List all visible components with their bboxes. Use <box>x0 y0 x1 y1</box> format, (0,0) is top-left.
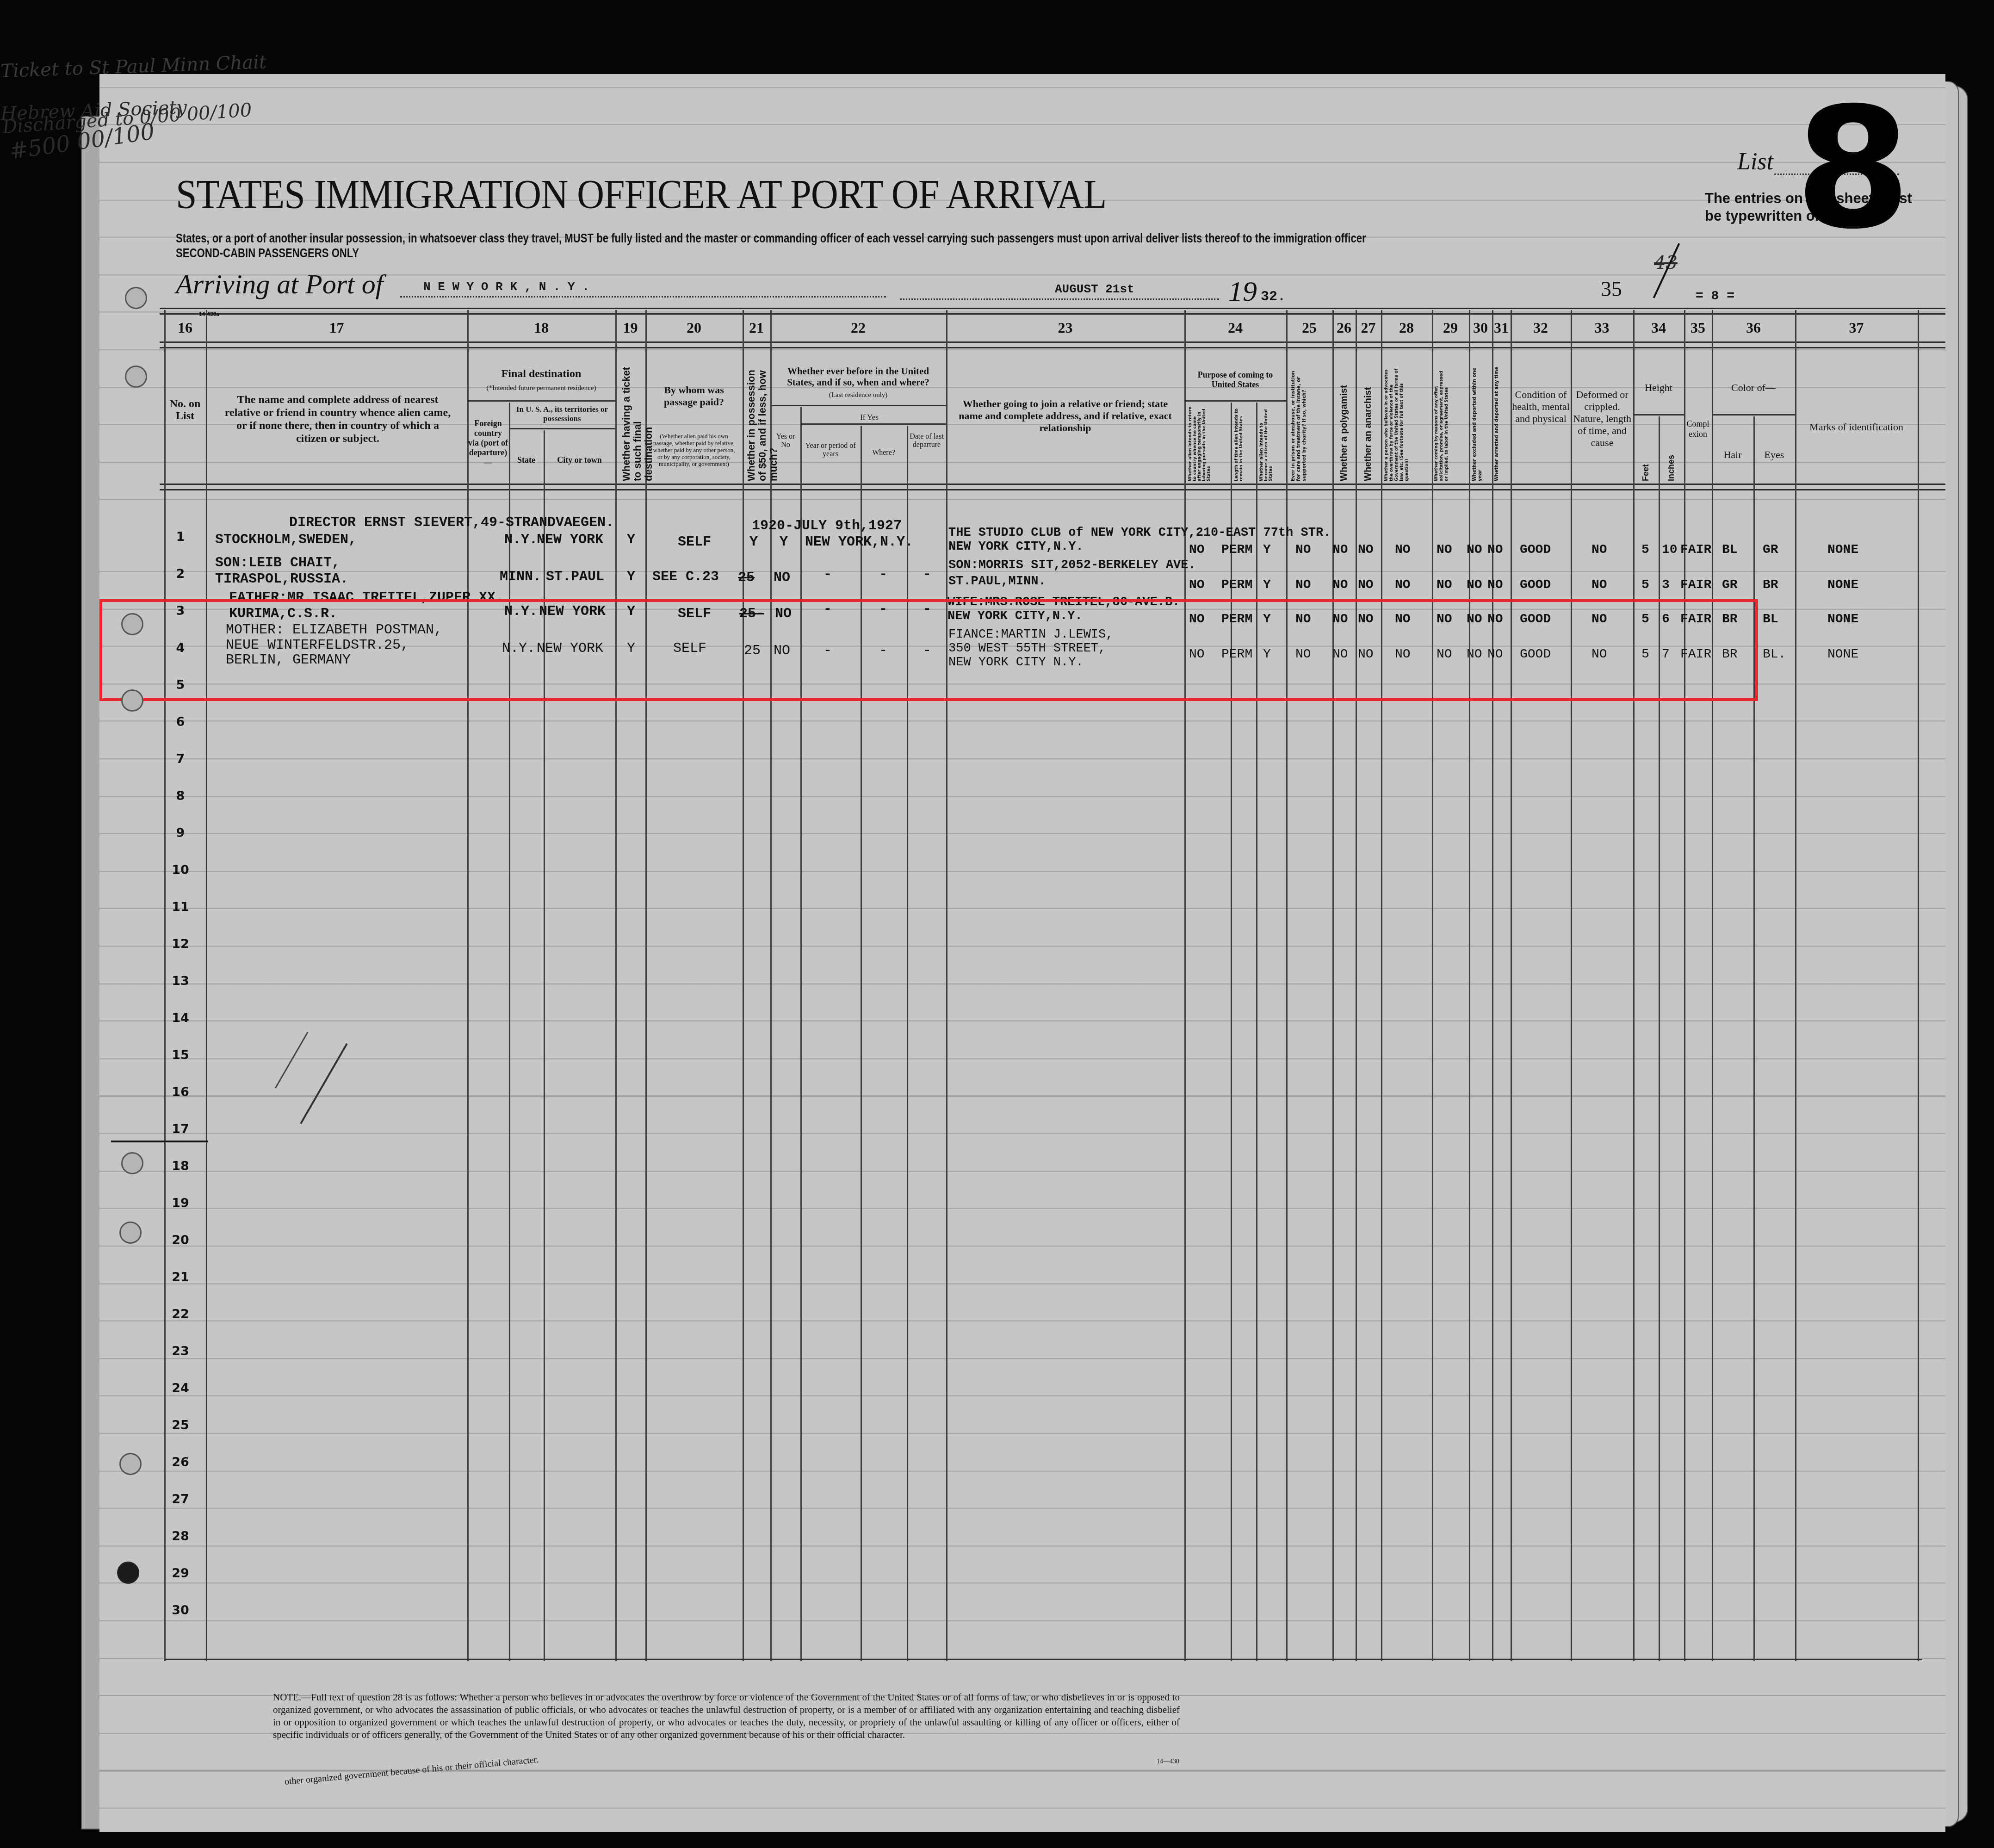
header-overthrow: Whether a person who believes in or advo… <box>1384 366 1410 481</box>
margin-line-mark <box>111 1141 208 1142</box>
header-excluded-deported: Whether excluded and deported within one… <box>1472 366 1483 481</box>
row-number: 30 <box>162 1603 199 1618</box>
row-number: 8 <box>162 789 199 803</box>
row1-state: N.Y. <box>504 532 538 548</box>
col-number-30: 30 <box>1469 319 1492 336</box>
row2-purpose-citizen: Y <box>1263 577 1271 593</box>
header-health: Condition of health, mental and physical <box>1512 389 1570 425</box>
header-going-to-join: Whether going to join a relative or frie… <box>958 398 1173 434</box>
col-number-22: 22 <box>770 319 946 336</box>
table-bottom-rule <box>164 1659 1922 1660</box>
header-complexion: Complexion <box>1685 419 1711 439</box>
row2-before-years: - <box>824 567 832 583</box>
col-rule <box>645 310 647 1661</box>
row2-c25: NO <box>1295 577 1311 593</box>
col-number-18: 18 <box>467 319 615 336</box>
row-number: 24 <box>162 1381 199 1395</box>
arrival-date: AUGUST 21st <box>1055 282 1134 296</box>
row-number: 16 <box>162 1085 199 1099</box>
punch-hole <box>119 1222 142 1244</box>
col-number-28: 28 <box>1381 319 1432 336</box>
page-title: STATES IMMIGRATION OFFICER AT PORT OF AR… <box>176 171 1106 218</box>
row2-before-date: - <box>923 567 931 583</box>
row3-eyes: BL <box>1763 612 1778 627</box>
header-marks: Marks of identification <box>1795 421 1918 433</box>
row1-deformed: NO <box>1591 542 1607 558</box>
header-labor-offer: Whether coming by reasons of any offer, … <box>1434 366 1449 481</box>
row-number: 25 <box>162 1418 199 1433</box>
row1-feet: 5 <box>1641 542 1649 558</box>
col-number-20: 20 <box>645 319 743 336</box>
col-rule <box>1286 310 1288 1661</box>
row1-inches: 10 <box>1662 542 1678 558</box>
header-date-last-departure: Date of last departure <box>908 433 946 449</box>
row-number: 23 <box>162 1344 199 1358</box>
header-anarchist: Whether an anarchist <box>1362 366 1374 481</box>
col34-subrule <box>1633 414 1684 415</box>
col-rule <box>1381 310 1382 1661</box>
header-last-residence: (Last residence only) <box>773 391 944 399</box>
list-number-handwritten: 8 <box>1795 86 1911 252</box>
col-rule <box>1184 310 1186 1661</box>
header-height: Height <box>1633 382 1684 394</box>
header-purpose-citizen: Whether alien intends to become a citize… <box>1259 405 1273 481</box>
row2-c31: NO <box>1487 577 1503 593</box>
col-rule <box>1712 310 1713 1661</box>
row1-marks: NONE <box>1827 542 1858 558</box>
row1-hair: BL <box>1722 542 1738 558</box>
col-rule <box>743 310 744 1661</box>
row-number: 1 <box>162 530 199 544</box>
row1-c25: NO <box>1295 542 1311 558</box>
header-if-yes: If Yes— <box>800 413 946 422</box>
col-rule <box>1432 310 1433 1661</box>
row1-before-yesno: Y <box>780 534 788 550</box>
row-number: 21 <box>162 1270 199 1284</box>
header-bottom-rule <box>160 484 1945 490</box>
col-rule <box>1256 403 1257 1661</box>
col-number-24: 24 <box>1184 319 1286 336</box>
punch-hole <box>121 689 143 712</box>
header-nearest-relative: The name and complete address of nearest… <box>222 393 453 445</box>
row1-purpose-return: NO <box>1189 542 1205 558</box>
header-ticket: Whether having a ticket to such final de… <box>621 366 654 481</box>
col-rule <box>1511 310 1512 1661</box>
header-in-usa: In U. S. A., its territories or possessi… <box>510 405 614 423</box>
form-number-bottom: 14—430 <box>1157 1758 1179 1766</box>
page-number: 35 <box>1601 277 1622 301</box>
row4-eyes: BL. <box>1763 647 1786 663</box>
header-state: State <box>509 456 544 464</box>
row2-c29: NO <box>1437 577 1452 593</box>
row1-join-line2: NEW YORK CITY,N.Y. <box>948 539 1084 555</box>
col-number-35: 35 <box>1684 319 1712 336</box>
row2-purpose-return: NO <box>1189 577 1205 593</box>
header-purpose-return: Whether alien intends to return to count… <box>1188 405 1211 481</box>
row2-money: 25 <box>738 570 755 586</box>
col-rule <box>1469 310 1470 1661</box>
row2-join-line2: ST.PAUL,MINN. <box>948 574 1046 589</box>
row2-before-yesno: NO <box>774 570 790 586</box>
col-number-29: 29 <box>1432 319 1469 336</box>
row2-deformed: NO <box>1591 577 1607 593</box>
row-number: 10 <box>162 863 199 877</box>
row-number: 19 <box>162 1196 199 1210</box>
header-foreign-country: Foreign country via (port of departure)— <box>468 419 508 467</box>
col-number-17: 17 <box>206 319 467 336</box>
date-underline <box>900 298 1219 300</box>
year-suffix: 32. <box>1261 289 1286 305</box>
manifest-page <box>99 74 1945 1832</box>
header-no-on-list: No. on List <box>167 398 204 422</box>
header-hair: Hair <box>1712 449 1753 461</box>
header-arrested-deported: Whether arrested and deported at any tim… <box>1494 366 1500 481</box>
col-rule <box>509 403 510 1661</box>
col-number-34: 34 <box>1633 319 1684 336</box>
row-number: 12 <box>162 937 199 951</box>
header-purpose: Purpose of coming to United States <box>1187 370 1284 390</box>
header-ever-before: Whether ever before in the United States… <box>773 366 944 388</box>
col-rule <box>946 310 947 1661</box>
row1-c30: NO <box>1467 542 1482 558</box>
col24-subrule <box>1184 400 1286 402</box>
header-purpose-length: Length of time alien intends to remain i… <box>1234 405 1244 481</box>
col22-ifyes-subrule <box>800 423 946 425</box>
row2-marks: NONE <box>1827 577 1858 593</box>
row1-relative-line1: DIRECTOR ERNST SIEVERT,49-STRANDVAEGEN. <box>289 515 614 531</box>
row2-hair: GR <box>1722 577 1738 593</box>
row2-before-where: - <box>879 567 887 583</box>
col-number-25: 25 <box>1286 319 1332 336</box>
list-label: List <box>1737 148 1773 175</box>
col-number-37: 37 <box>1795 319 1918 336</box>
row1-before-where: NEW YORK,N.Y. <box>805 534 913 550</box>
row-number: 2 <box>162 567 199 581</box>
row-number: 13 <box>162 974 199 988</box>
header-polygamist: Whether a polygamist <box>1338 366 1350 481</box>
row-number: 22 <box>162 1307 199 1321</box>
col-rule <box>1492 310 1493 1661</box>
punch-hole <box>119 1453 142 1475</box>
header-where: Where? <box>861 449 907 457</box>
row2-state: MINN. <box>500 569 541 585</box>
row2-c26: NO <box>1332 577 1348 593</box>
header-deformed: Deformed or crippled. Nature, length of … <box>1572 389 1632 449</box>
col-number-21: 21 <box>743 319 770 336</box>
col-number-36: 36 <box>1712 319 1795 336</box>
footnote-question-28: NOTE.—Full text of question 28 is as fol… <box>273 1691 1180 1741</box>
row-number: 20 <box>162 1233 199 1247</box>
header-top-rule <box>160 308 1945 315</box>
highlight-box <box>99 599 1758 701</box>
col-number-26: 26 <box>1332 319 1356 336</box>
row-number: 29 <box>162 1566 199 1581</box>
sheet-marker: = 8 = <box>1696 289 1734 304</box>
col-number-33: 33 <box>1571 319 1633 336</box>
port-value: N E W Y O R K , N . Y . <box>423 280 589 294</box>
row-number: 11 <box>162 900 199 914</box>
col-rule <box>1795 310 1796 1661</box>
row-number: 7 <box>162 752 199 766</box>
row2-relative-line1: SON:LEIB CHAIT, <box>215 555 340 571</box>
row-number: 15 <box>162 1048 199 1062</box>
row1-join-line1: THE STUDIO CLUB of NEW YORK CITY,210-EAS… <box>948 525 1331 541</box>
header-eyes: Eyes <box>1753 449 1795 461</box>
year-prefix: 19 <box>1228 275 1257 308</box>
col18-subrule <box>467 400 615 402</box>
col-number-31: 31 <box>1492 319 1511 336</box>
col-rule <box>800 407 802 1661</box>
row2-relative-line2: TIRASPOL,RUSSIA. <box>215 571 348 587</box>
row1-c26: NO <box>1332 542 1348 558</box>
row-number: 18 <box>162 1159 199 1173</box>
header-inches: Inches <box>1666 444 1677 481</box>
row1-health: GOOD <box>1520 542 1551 558</box>
row3-marks: NONE <box>1827 612 1858 627</box>
subtitle-class: SECOND-CABIN PASSENGERS ONLY <box>176 246 359 260</box>
row2-city: ST.PAUL <box>546 569 604 585</box>
row-number: 14 <box>162 1011 199 1025</box>
header-prison: Ever in prison or almshouse, or institut… <box>1291 366 1307 481</box>
col-number-23: 23 <box>946 319 1184 336</box>
row1-c27: NO <box>1358 542 1374 558</box>
row1-money: Y <box>749 534 758 550</box>
row1-c29: NO <box>1437 542 1452 558</box>
punch-hole <box>121 613 143 635</box>
form-number-top: 14-430a <box>199 311 219 317</box>
col-rule <box>1571 310 1572 1661</box>
punch-hole <box>125 287 147 309</box>
row2-c28: NO <box>1395 577 1411 593</box>
header-final-destination-note: (*Intended future permanent residence) <box>467 384 615 392</box>
row2-c30: NO <box>1467 577 1482 593</box>
header-year-period: Year or period of years <box>803 442 858 459</box>
row2-paid-by: SEE C.23 <box>652 569 719 585</box>
row1-c31: NO <box>1487 542 1503 558</box>
row1-before-years: 1920-JULY 9th,1927 <box>752 518 902 534</box>
col-number-27: 27 <box>1356 319 1381 336</box>
row-number: 9 <box>162 826 199 840</box>
row2-purpose-length: PERM <box>1221 577 1252 593</box>
col-rule <box>770 310 772 1661</box>
row2-health: GOOD <box>1520 577 1551 593</box>
col-rule <box>1356 310 1357 1661</box>
header-final-destination: Final destination <box>467 368 615 380</box>
row-number: 27 <box>162 1492 199 1507</box>
col22-subrule <box>770 405 946 406</box>
row2-c27: NO <box>1358 577 1374 593</box>
port-underline <box>400 296 886 298</box>
row1-complexion: FAIR <box>1680 542 1711 558</box>
header-number-rule <box>160 341 1945 348</box>
punch-hole <box>117 1562 139 1584</box>
subtitle-instructions: States, or a port of another insular pos… <box>176 231 1366 246</box>
row1-eyes: GR <box>1763 542 1778 558</box>
row1-purpose-length: PERM <box>1221 542 1252 558</box>
col-number-32: 32 <box>1511 319 1571 336</box>
row1-city: NEW YORK <box>537 532 603 548</box>
punch-hole <box>121 1152 143 1174</box>
row-number: 28 <box>162 1529 199 1544</box>
row1-relative-line2: STOCKHOLM,SWEDEN, <box>215 532 357 548</box>
row2-eyes: BR <box>1763 577 1778 593</box>
row1-paid-by: SELF <box>678 534 711 550</box>
punch-hole <box>125 366 147 388</box>
header-yes-or-no: Yes or No <box>772 433 799 449</box>
row2-complexion: FAIR <box>1680 577 1711 593</box>
row2-inches: 3 <box>1662 577 1670 593</box>
row2-join-line1: SON:MORRIS SIT,2052-BERKELEY AVE. <box>948 558 1196 573</box>
header-city-or-town: City or town <box>544 456 615 464</box>
row-number: 17 <box>162 1122 199 1136</box>
header-by-whom-paid-note: (Whether alien paid his own passage, whe… <box>650 433 738 467</box>
col-rule <box>1633 310 1635 1661</box>
col-rule <box>1684 310 1685 1661</box>
col18-usa-subrule <box>509 428 615 429</box>
header-feet: Feet <box>1640 453 1651 481</box>
row1-ticket: Y <box>627 532 635 548</box>
row-number: 6 <box>162 715 199 729</box>
col-rule <box>467 310 469 1661</box>
arriving-label: Arriving at Port of <box>176 268 383 300</box>
header-color-of: Color of— <box>1712 382 1795 394</box>
col-rule <box>206 310 207 1661</box>
row2-feet: 5 <box>1641 577 1649 593</box>
col-number-19: 19 <box>615 319 645 336</box>
row1-c28: NO <box>1395 542 1411 558</box>
col36-subrule <box>1712 414 1795 415</box>
col-rule <box>615 310 617 1661</box>
col-number-16: 16 <box>164 319 206 336</box>
row4-marks: NONE <box>1827 647 1858 663</box>
col-rule <box>1918 310 1919 1661</box>
header-by-whom-paid: By whom was passage paid? <box>652 384 736 408</box>
row2-ticket: Y <box>627 569 635 585</box>
row-number: 26 <box>162 1455 199 1470</box>
row1-purpose-citizen: Y <box>1263 542 1271 558</box>
col-rule <box>1332 310 1334 1661</box>
